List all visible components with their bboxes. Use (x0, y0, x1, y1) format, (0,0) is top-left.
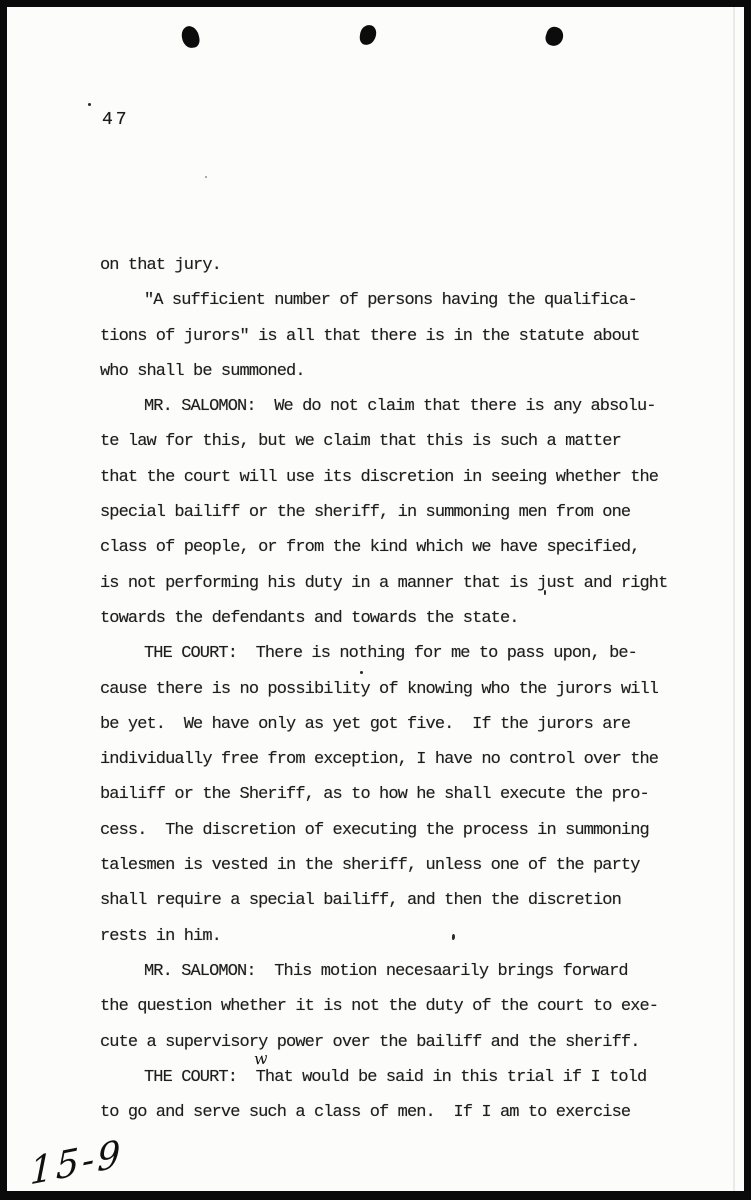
transcript-line: that the court will use its discretion i… (100, 460, 720, 495)
transcript-text-block: on that jury."A sufficient number of per… (100, 248, 720, 1130)
transcript-line: MR. SALOMON: We do not claim that there … (100, 389, 720, 424)
ink-speck (544, 590, 546, 595)
binder-hole-mark (543, 25, 565, 48)
transcript-line: MR. SALOMON: This motion necesaarily bri… (100, 954, 720, 989)
transcript-line: be yet. We have only as yet got five. If… (100, 707, 720, 742)
handwritten-stamp: 15-9 (29, 1131, 123, 1193)
transcript-line: who shall be summoned. (100, 354, 720, 389)
transcript-line: shall require a special bailiff, and the… (100, 883, 720, 918)
transcript-line: class of people, or from the kind which … (100, 530, 720, 565)
transcript-line: cute a supervisory power over the bailif… (100, 1025, 720, 1060)
binder-hole-mark (180, 25, 201, 50)
page-number: 47 (102, 110, 130, 130)
transcript-line: te law for this, but we claim that this … (100, 424, 720, 459)
transcript-line: towards the defendants and towards the s… (100, 601, 720, 636)
transcript-line: "A sufficient number of persons having t… (100, 283, 720, 318)
transcript-line: bailiff or the Sheriff, as to how he sha… (100, 777, 720, 812)
binder-hole-mark (359, 24, 377, 46)
ink-speck (360, 671, 363, 674)
ink-speck (88, 103, 91, 106)
transcript-line: to go and serve such a class of men. If … (100, 1095, 720, 1130)
transcript-line: cess. The discretion of executing the pr… (100, 813, 720, 848)
ink-speck (205, 176, 207, 178)
transcript-line: cause there is no possibility of knowing… (100, 672, 720, 707)
transcript-line: is not performing his duty in a manner t… (100, 566, 720, 601)
scanned-page: 47 on that jury."A sufficient number of … (7, 7, 744, 1191)
transcript-line: talesmen is vested in the sheriff, unles… (100, 848, 720, 883)
scan-edge-shadow (733, 7, 735, 1191)
transcript-line: special bailiff or the sheriff, in summo… (100, 495, 720, 530)
transcript-line: THE COURT: There is nothing for me to pa… (100, 636, 720, 671)
transcript-line: individually free from exception, I have… (100, 742, 720, 777)
handwritten-correction: w (253, 1049, 268, 1069)
transcript-line: on that jury. (100, 248, 720, 283)
transcript-line: the question whether it is not the duty … (100, 989, 720, 1024)
transcript-line: tions of jurors" is all that there is in… (100, 319, 720, 354)
scanned-document-frame: 47 on that jury."A sufficient number of … (0, 0, 751, 1200)
transcript-line: rests in him. (100, 919, 720, 954)
transcript-line: THE COURT: That would be said in this tr… (100, 1060, 720, 1095)
